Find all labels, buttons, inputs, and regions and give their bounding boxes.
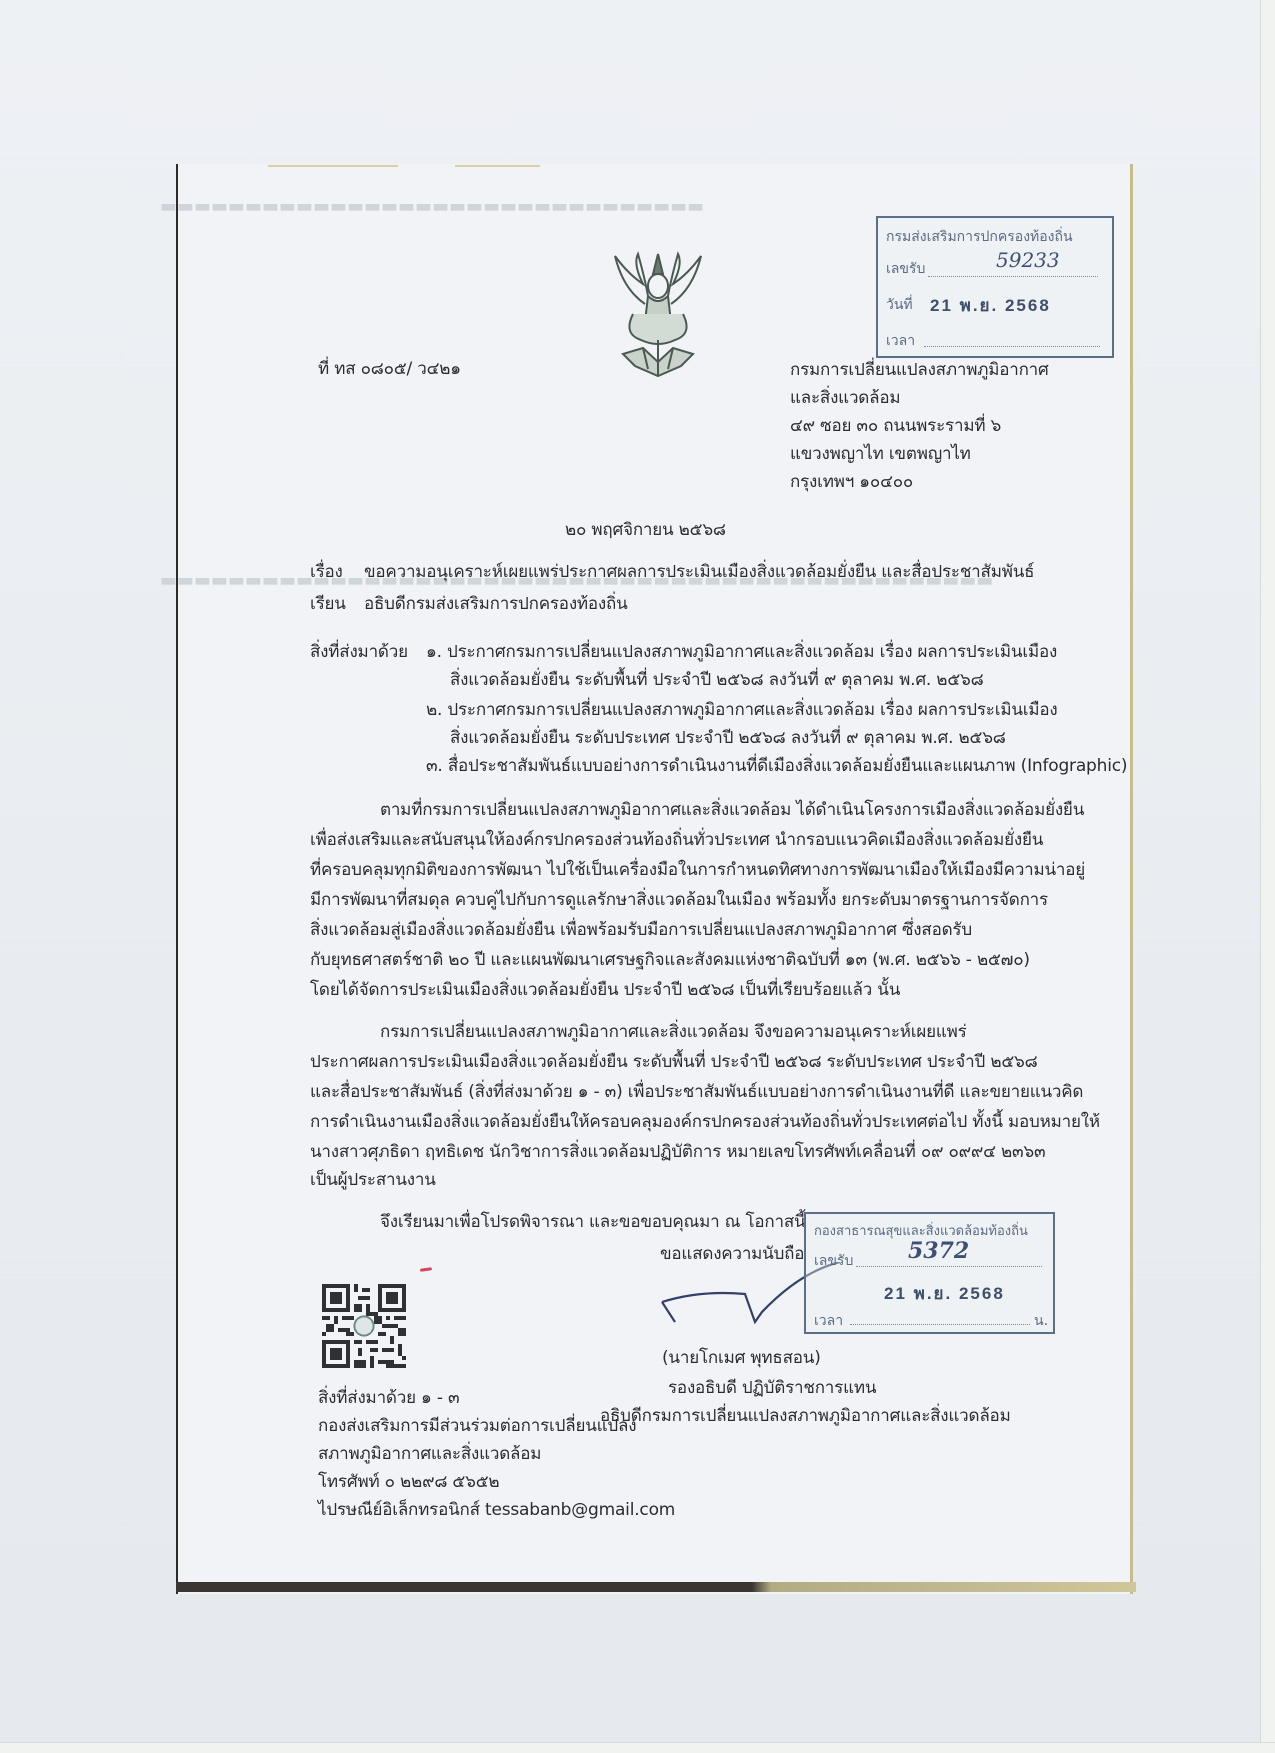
body-paragraph-2-line: การดำเนินงานเมืองสิ่งแวดล้อมยั่งยืนให้คร… (310, 1108, 1100, 1135)
stamp-org: กรมส่งเสริมการปกครองท้องถิ่น (886, 226, 1073, 248)
stamp-number-line (928, 276, 1098, 277)
body-paragraph-2-line: นางสาวศุภธิดา ฤทธิเดช นักวิชาการสิ่งแวดล… (310, 1138, 1045, 1165)
body-paragraph-1-line: มีการพัฒนาที่สมดุล ควบคู่ไปกับการดูแลรัก… (310, 886, 1048, 913)
footer-division-line1: กองส่งเสริมการมีส่วนร่วมต่อการเปลี่ยนแปล… (318, 1412, 636, 1439)
footer-division-line2: สภาพภูมิอากาศและสิ่งแวดล้อม (318, 1440, 541, 1467)
stamp-number-label: เลขรับ (814, 1250, 853, 1272)
stamp-number-line (856, 1266, 1042, 1267)
issuer-name-line1: กรมการเปลี่ยนแปลงสภาพภูมิอากาศ (790, 356, 1049, 383)
issuer-address-line2: แขวงพญาไท เขตพญาไท (790, 440, 971, 467)
recipient: อธิบดีกรมส่งเสริมการปกครองท้องถิ่น (364, 590, 628, 617)
stamp-number: 5372 (908, 1238, 969, 1264)
page-edge-mark (268, 165, 398, 167)
body-paragraph-1-line: ที่ครอบคลุมทุกมิติของการพัฒนา ไปใช้เป็นเ… (310, 856, 1085, 883)
stamp-time-suffix: น. (1034, 1310, 1048, 1332)
footer-email: ไปรษณีย์อิเล็กทรอนิกส์ tessabanb@gmail.c… (318, 1496, 675, 1523)
body-paragraph-2-line: ประกาศผลการประเมินเมืองสิ่งแวดล้อมยั่งยื… (310, 1048, 1038, 1075)
enclosures-label: สิ่งที่ส่งมาด้วย (310, 638, 408, 665)
enclosure-1-line1: ๑. ประกาศกรมการเปลี่ยนแปลงสภาพภูมิอากาศแ… (426, 638, 1057, 665)
signer-title-department: อธิบดีกรมการเปลี่ยนแปลงสภาพภูมิอากาศและส… (600, 1402, 1011, 1429)
stamp-date: 21 พ.ย. 2568 (884, 1280, 1005, 1307)
stamp-number-label: เลขรับ (886, 258, 925, 280)
issuer-address-line3: กรุงเทพฯ ๑๐๔๐๐ (790, 468, 913, 495)
body-paragraph-1-line: กับยุทธศาสตร์ชาติ ๒๐ ปี และแผนพัฒนาเศรษฐ… (310, 946, 1030, 973)
signer-title: รองอธิบดี ปฏิบัติราชการแทน (668, 1374, 876, 1401)
footer-enclosures: สิ่งที่ส่งมาด้วย ๑ - ๓ (318, 1384, 459, 1411)
closing-sentence: จึงเรียนมาเพื่อโปรดพิจารณา และขอขอบคุณมา… (380, 1208, 805, 1235)
body-paragraph-1-line: ตามที่กรมการเปลี่ยนแปลงสภาพภูมิอากาศและส… (380, 796, 1084, 823)
scanner-edge (1260, 0, 1275, 1753)
stamp-date-label: วันที่ (886, 294, 913, 316)
issuer-address-line1: ๔๙ ซอย ๓๐ ถนนพระรามที่ ๖ (790, 412, 1001, 439)
issuer-name-line2: และสิ่งแวดล้อม (790, 384, 900, 411)
enclosure-2-line2: สิ่งแวดล้อมยั่งยืน ระดับประเทศ ประจำปี ๒… (450, 724, 1006, 751)
subject-text: ขอความอนุเคราะห์เผยแพร่ประกาศผลการประเมิ… (364, 558, 1034, 585)
subject-label: เรื่อง (310, 558, 343, 585)
stamp-time-label: เวลา (814, 1310, 843, 1332)
body-paragraph-1-line: สิ่งแวดล้อมสู่เมืองสิ่งแวดล้อมยั่งยืน เพ… (310, 916, 972, 943)
page-bottom-shadow (176, 1582, 1136, 1592)
qr-code[interactable] (321, 1284, 407, 1368)
body-paragraph-2-line: กรมการเปลี่ยนแปลงสภาพภูมิอากาศและสิ่งแวด… (380, 1018, 967, 1045)
stamp-time-line (850, 1324, 1030, 1325)
bleed-through-text: ▬▬▬▬▬▬▬▬▬▬▬▬▬▬▬▬▬▬▬▬▬▬▬▬▬▬▬▬▬▬▬▬ (160, 196, 704, 217)
garuda-emblem-icon (603, 244, 713, 384)
receipt-stamp-division: กองสาธารณสุขและสิ่งแวดล้อมท้องถิ่น เลขรั… (804, 1212, 1055, 1334)
stamp-time-line (924, 346, 1100, 347)
footer-phone: โทรศัพท์ ๐ ๒๒๙๘ ๕๖๕๒ (318, 1468, 499, 1495)
stamp-date: 21 พ.ย. 2568 (930, 292, 1051, 319)
receipt-stamp-dla: กรมส่งเสริมการปกครองท้องถิ่น เลขรับ 5923… (876, 216, 1114, 358)
reference-number: ที่ ทส ๐๘๐๕/ ว๔๒๑ (318, 355, 461, 382)
enclosure-1-line2: สิ่งแวดล้อมยั่งยืน ระดับพื้นที่ ประจำปี … (450, 666, 984, 693)
enclosure-2-line1: ๒. ประกาศกรมการเปลี่ยนแปลงสภาพภูมิอากาศแ… (426, 696, 1057, 723)
letter-date: ๒๐ พฤศจิกายน ๒๕๖๘ (565, 516, 726, 543)
to-label: เรียน (310, 590, 346, 617)
enclosure-3: ๓. สื่อประชาสัมพันธ์แบบอย่างการดำเนินงาน… (426, 752, 1127, 779)
stamp-time-label: เวลา (886, 330, 915, 352)
body-paragraph-2-line: และสื่อประชาสัมพันธ์ (สิ่งที่ส่งมาด้วย ๑… (310, 1078, 1083, 1105)
body-paragraph-1-line: เพื่อส่งเสริมและสนับสนุนให้องค์กรปกครองส… (310, 826, 1043, 853)
page-edge-mark (455, 165, 540, 167)
scanner-edge (0, 1742, 1275, 1753)
body-paragraph-2-line: เป็นผู้ประสานงาน (310, 1166, 436, 1193)
stamp-number: 59233 (996, 248, 1060, 272)
body-paragraph-1-line: โดยได้จัดการประเมินเมืองสิ่งแวดล้อมยั่งย… (310, 976, 900, 1003)
signer-name: (นายโกเมศ พุทธสอน) (662, 1344, 821, 1371)
